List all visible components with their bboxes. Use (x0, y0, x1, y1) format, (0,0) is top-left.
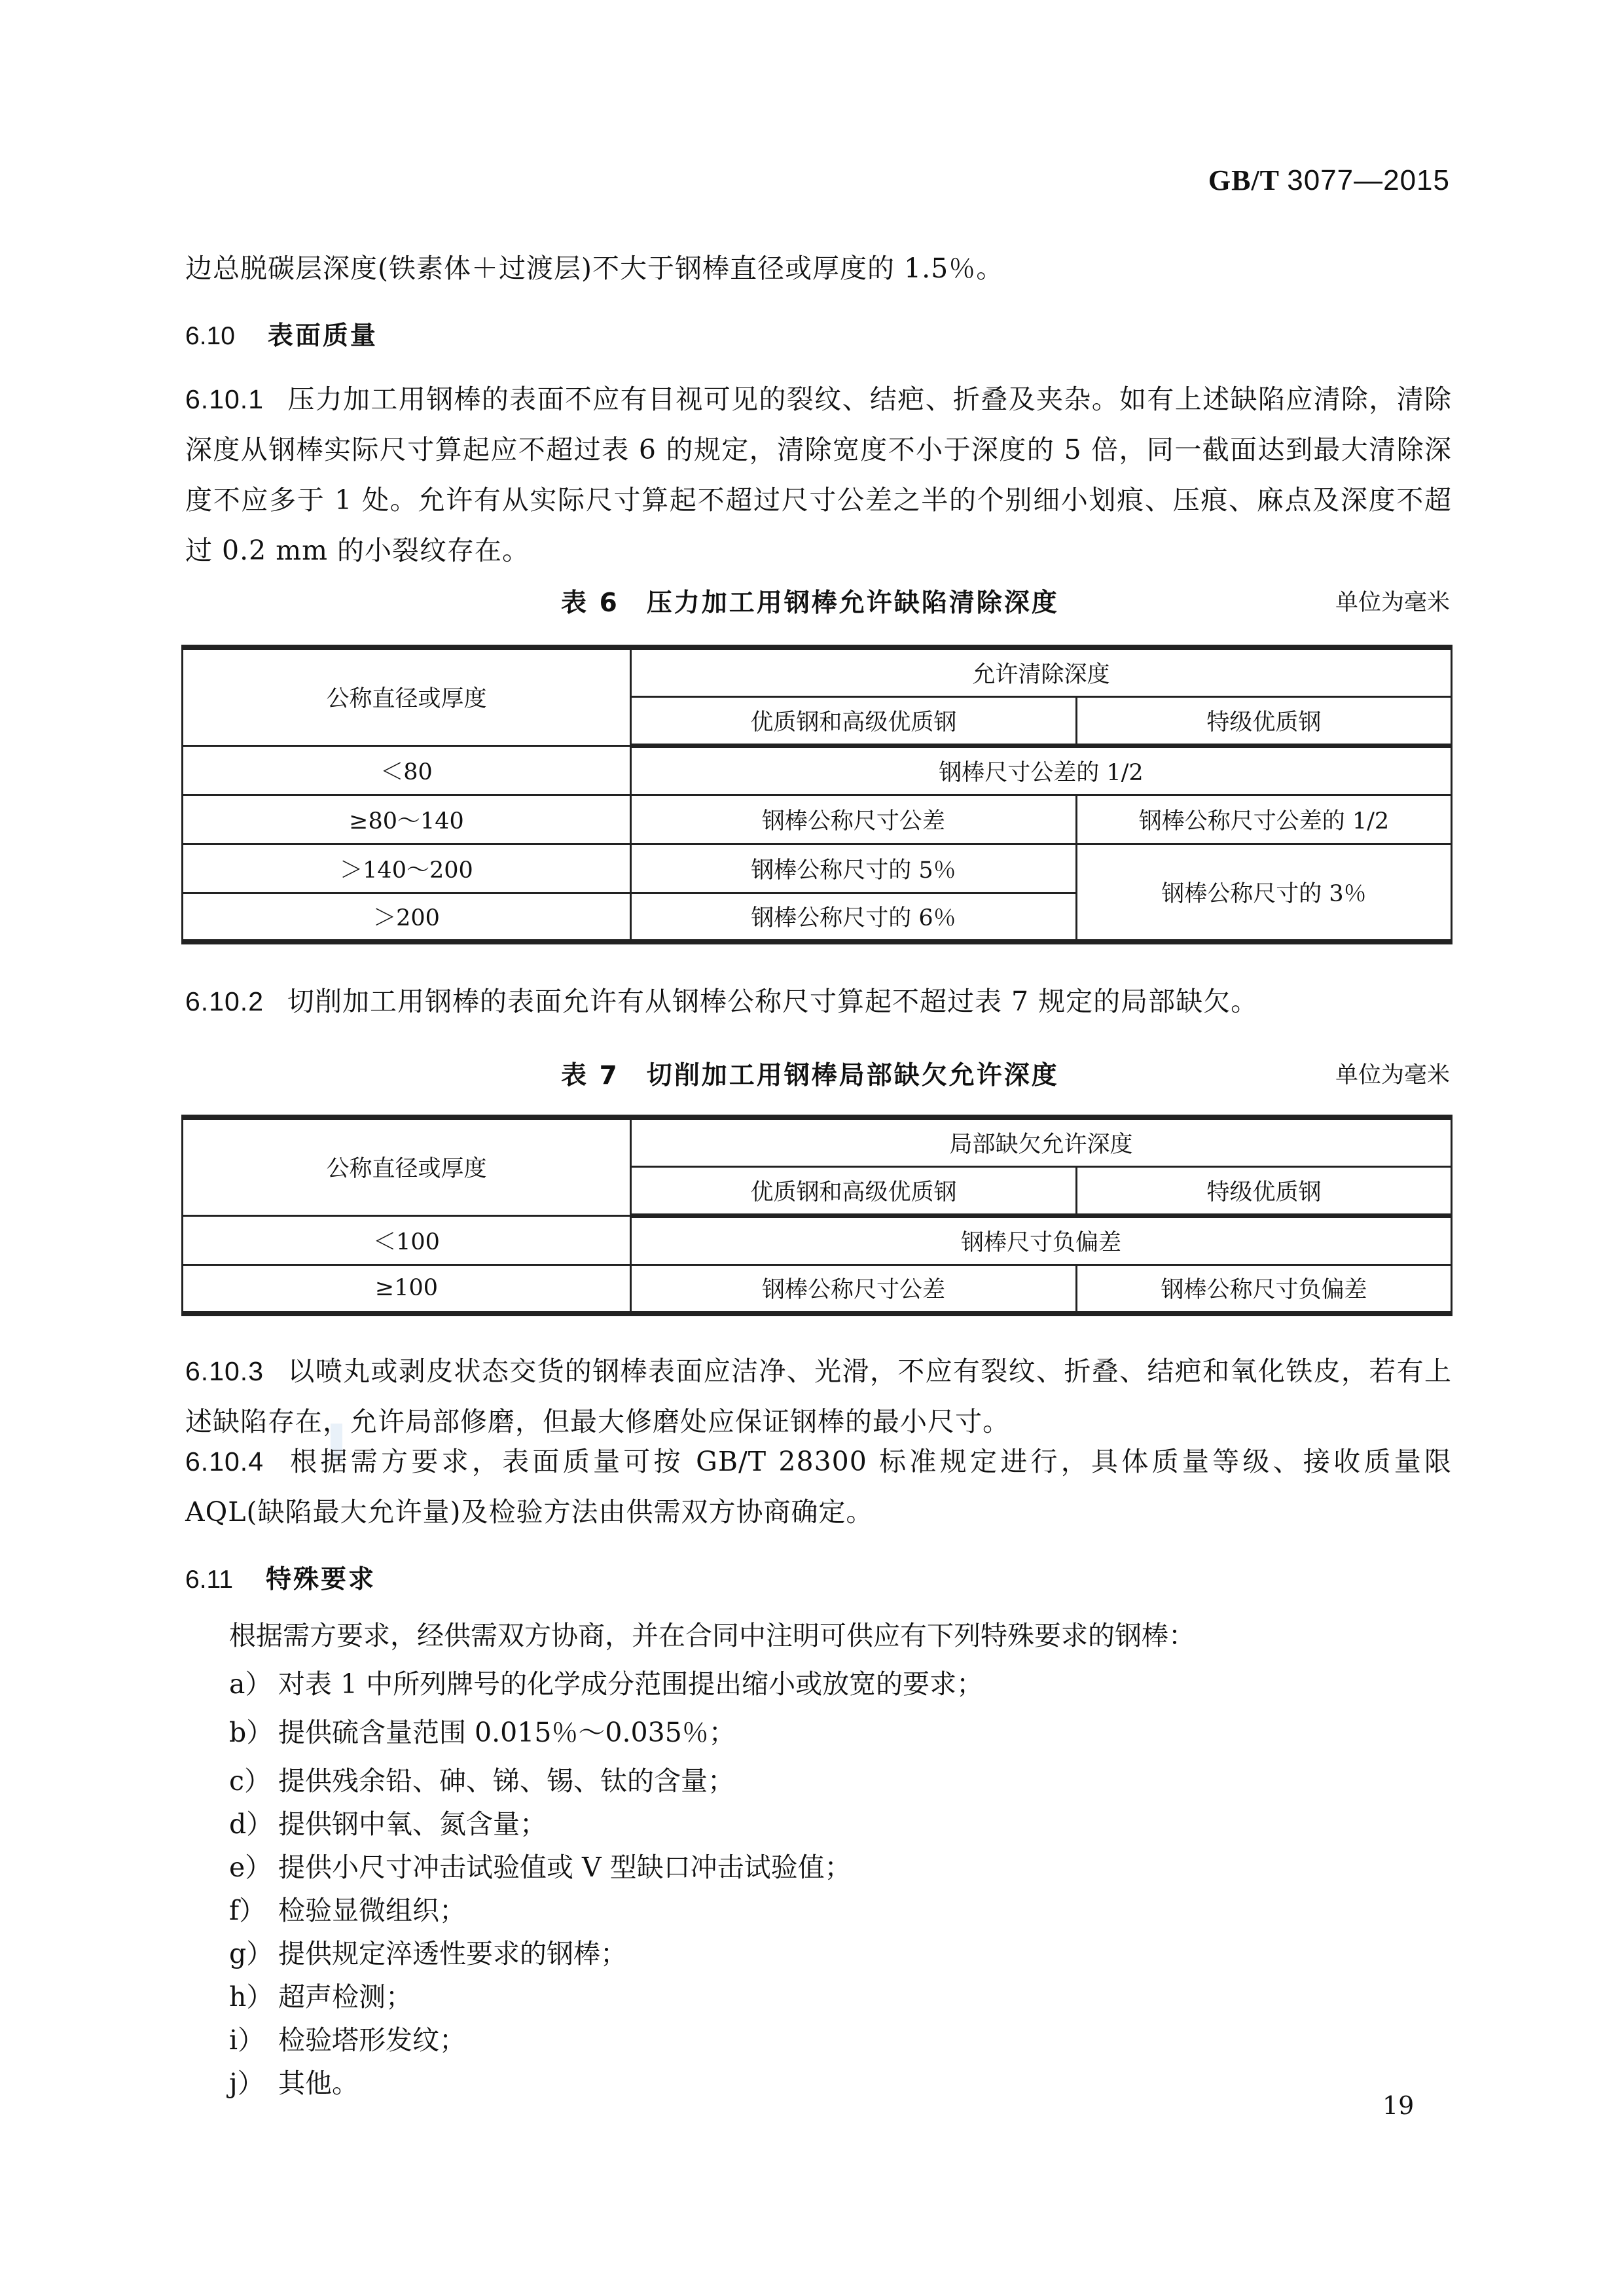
standard-number: 3077—2015 (1287, 164, 1450, 196)
list-item: i）检验塔形发纹； (229, 2018, 466, 2057)
list-item: b）提供硫含量范围 0.015％～0.035％； (229, 1711, 736, 1749)
table-6-header-special: 特级优质钢 (1076, 696, 1451, 745)
table-6-caption: 表 6 压力加工用钢棒允许缺陷清除深度 (561, 583, 1059, 619)
list-text: 提供硫含量范围 0.015％～0.035％； (278, 1717, 736, 1748)
section-title: 表面质量 (268, 322, 378, 350)
list-label: i） (229, 2018, 278, 2057)
table-cell: 钢棒尺寸公差的 1/2 (630, 745, 1451, 795)
clause-number: 6.10.3 (185, 1356, 264, 1386)
table-cell: 钢棒公称尺寸公差 (631, 1265, 1077, 1314)
table-cell: 钢棒公称尺寸的 5％ (630, 844, 1076, 893)
table-cell: 钢棒尺寸负偏差 (631, 1215, 1452, 1265)
section-heading-6-11: 6.11特殊要求 (185, 1559, 376, 1596)
list-text: 其他。 (278, 2068, 359, 2099)
table-cell: ≥100 (183, 1265, 631, 1314)
clause-text: 根据需方要求，表面质量可按 GB/T 28300 标准规定进行，具体质量等级、接… (185, 1446, 1452, 1528)
table-7-caption: 表 7 切削加工用钢棒局部缺欠允许深度 (561, 1055, 1059, 1092)
list-item: e）提供小尺寸冲击试验值或 V 型缺口冲击试验值； (229, 1846, 852, 1884)
section-number: 6.10 (185, 322, 235, 350)
list-label: c） (229, 1759, 278, 1798)
list-item: a）对表 1 中所列牌号的化学成分范围提出缩小或放宽的要求； (229, 1662, 983, 1701)
table-cell: ＞200 (183, 893, 631, 942)
list-label: f） (229, 1889, 278, 1928)
section-title: 特殊要求 (266, 1566, 376, 1594)
table-6-header-size: 公称直径或厚度 (183, 647, 631, 745)
table-6-header-quality: 优质钢和高级优质钢 (630, 696, 1076, 745)
table-cell: 钢棒公称尺寸负偏差 (1076, 1265, 1451, 1314)
section-number: 6.11 (185, 1566, 233, 1594)
table-cell: ≥80～140 (183, 795, 631, 844)
list-label: e） (229, 1846, 278, 1884)
table-7-header-special: 特级优质钢 (1076, 1166, 1451, 1215)
list-label: h） (229, 1975, 278, 2014)
list-item: c）提供残余铅、砷、锑、锡、钛的含量； (229, 1759, 734, 1798)
list-item: f）检验显微组织； (229, 1889, 466, 1928)
table-cell: 钢棒公称尺寸公差 (630, 795, 1076, 844)
table-row: ＜80 钢棒尺寸公差的 1/2 (183, 745, 1452, 795)
continuation-paragraph: 边总脱碳层深度(铁素体＋过渡层)不大于钢棒直径或厚度的 1.5％。 (185, 243, 1452, 294)
list-text: 检验塔形发纹； (278, 2024, 466, 2056)
table-cell: 钢棒公称尺寸公差的 1/2 (1076, 795, 1451, 844)
intro-paragraph-6-11: 根据需方要求，经供需双方协商，并在合同中注明可供应有下列特殊要求的钢棒： (229, 1614, 1195, 1653)
list-text: 提供规定淬透性要求的钢棒； (278, 1938, 627, 1969)
clause-text: 以喷丸或剥皮状态交货的钢棒表面应洁净、光滑，不应有裂纹、折叠、结疤和氧化铁皮，若… (185, 1355, 1452, 1437)
table-7-header-quality: 优质钢和高级优质钢 (631, 1166, 1077, 1215)
list-item: g）提供规定淬透性要求的钢棒； (229, 1932, 627, 1971)
table-7-unit: 单位为毫米 (1335, 1057, 1450, 1090)
clause-6-10-2: 6.10.2切削加工用钢棒的表面允许有从钢棒公称尺寸算起不超过表 7 规定的局部… (185, 977, 1452, 1027)
list-text: 提供残余铅、砷、锑、锡、钛的含量； (278, 1765, 734, 1797)
table-cell: ＜100 (183, 1215, 631, 1265)
list-text: 检验显微组织； (278, 1895, 466, 1926)
table-7: 公称直径或厚度 局部缺欠允许深度 优质钢和高级优质钢 特级优质钢 ＜100 钢棒… (181, 1115, 1453, 1316)
list-label: j） (229, 2062, 278, 2100)
list-item: d）提供钢中氧、氮含量； (229, 1803, 547, 1841)
clause-number: 6.10.2 (185, 986, 264, 1016)
clause-6-10-3: 6.10.3以喷丸或剥皮状态交货的钢棒表面应洁净、光滑，不应有裂纹、折叠、结疤和… (185, 1346, 1452, 1447)
clause-number: 6.10.1 (185, 384, 264, 414)
table-row: ≥80～140 钢棒公称尺寸公差 钢棒公称尺寸公差的 1/2 (183, 795, 1452, 844)
standard-header: GB/T 3077—2015 (1208, 164, 1450, 197)
table-row: ＜100 钢棒尺寸负偏差 (183, 1215, 1452, 1265)
table-cell: 钢棒公称尺寸的 6％ (630, 893, 1076, 942)
table-6-header-group: 允许清除深度 (630, 647, 1451, 696)
list-label: g） (229, 1932, 278, 1971)
standard-prefix: GB/T (1208, 164, 1279, 196)
page-number: 19 (1382, 2091, 1414, 2120)
table-7-header-size: 公称直径或厚度 (183, 1117, 631, 1215)
clause-6-10-4: 6.10.4根据需方要求，表面质量可按 GB/T 28300 标准规定进行，具体… (185, 1437, 1452, 1537)
list-label: b） (229, 1711, 278, 1749)
section-heading-6-10: 6.10表面质量 (185, 315, 378, 352)
clause-text: 切削加工用钢棒的表面允许有从钢棒公称尺寸算起不超过表 7 规定的局部缺欠。 (287, 986, 1258, 1017)
clause-number: 6.10.4 (185, 1446, 264, 1477)
list-text: 对表 1 中所列牌号的化学成分范围提出缩小或放宽的要求； (278, 1668, 983, 1700)
table-row: ＞140～200 钢棒公称尺寸的 5％ 钢棒公称尺寸的 3％ (183, 844, 1452, 893)
table-6: 公称直径或厚度 允许清除深度 优质钢和高级优质钢 特级优质钢 ＜80 钢棒尺寸公… (181, 645, 1453, 944)
clause-text: 压力加工用钢棒的表面不应有目视可见的裂纹、结疤、折叠及夹杂。如有上述缺陷应清除，… (185, 384, 1452, 566)
list-label: d） (229, 1803, 278, 1841)
list-item: j）其他。 (229, 2062, 359, 2100)
table-cell: 钢棒公称尺寸的 3％ (1076, 844, 1451, 942)
table-6-unit: 单位为毫米 (1335, 584, 1450, 617)
list-text: 提供小尺寸冲击试验值或 V 型缺口冲击试验值； (278, 1852, 852, 1883)
table-7-header-group: 局部缺欠允许深度 (631, 1117, 1452, 1166)
table-cell: ＞140～200 (183, 844, 631, 893)
list-item: h）超声检测； (229, 1975, 412, 2014)
list-label: a） (229, 1662, 278, 1701)
list-text: 提供钢中氧、氮含量； (278, 1808, 547, 1840)
table-cell: ＜80 (183, 745, 631, 795)
list-text: 超声检测； (278, 1981, 412, 2013)
table-row: ≥100 钢棒公称尺寸公差 钢棒公称尺寸负偏差 (183, 1265, 1452, 1314)
clause-6-10-1: 6.10.1压力加工用钢棒的表面不应有目视可见的裂纹、结疤、折叠及夹杂。如有上述… (185, 374, 1452, 576)
